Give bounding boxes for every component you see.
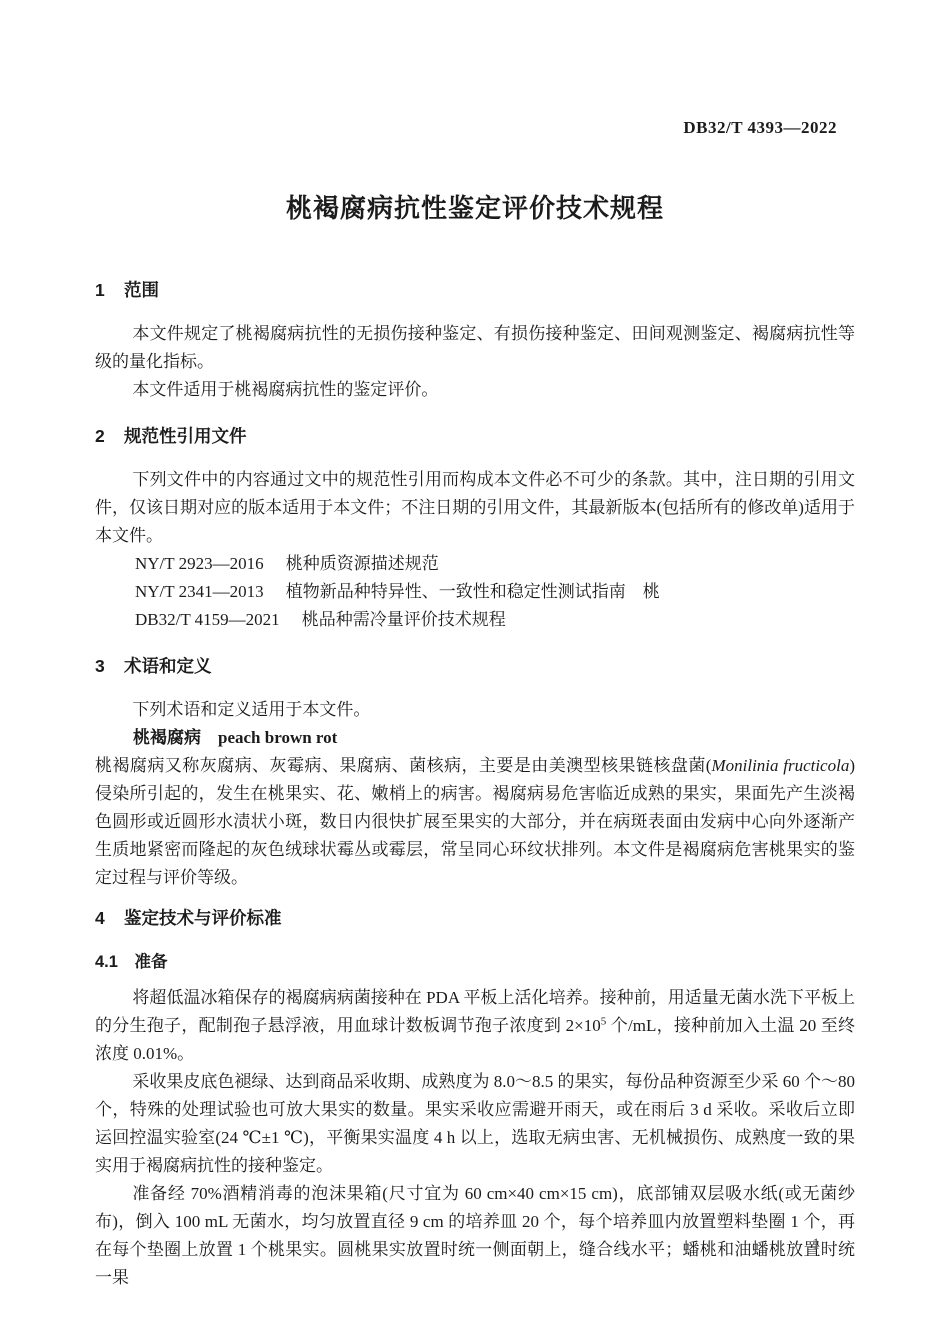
standard-code: DB32/T 4393—2022 [95,118,855,138]
document-title: 桃褐腐病抗性鉴定评价技术规程 [95,192,855,224]
definition-text: 桃褐腐病又称灰腐病、灰霉病、果腐病、菌核病，主要是由美澳型核果链核盘菌( [95,756,711,775]
subsection-heading-text: 准备 [134,953,167,971]
section-4-heading: 4鉴定技术与评价标准 [95,908,855,928]
reference-title: 桃种质资源描述规范 [286,554,439,573]
reference-code: NY/T 2341—2013 [135,578,264,606]
page-number: 1 [812,1236,820,1254]
section-heading-text: 规范性引用文件 [124,426,247,446]
section-3-heading: 3术语和定义 [95,656,855,676]
preparation-paragraph-3: 准备经 70%酒精消毒的泡沫果箱(尺寸宜为 60 cm×40 cm×15 cm)… [95,1180,855,1292]
term-chinese: 桃褐腐病 [133,728,201,747]
preparation-paragraph-2: 采收果皮底色褪绿、达到商品采收期、成熟度为 8.0～8.5 的果实，每份品种资源… [95,1068,855,1180]
preparation-paragraph-1: 将超低温冰箱保存的褐腐病病菌接种在 PDA 平板上活化培养。接种前，用适量无菌水… [95,984,855,1068]
section-1-heading: 1范围 [95,280,855,300]
reference-item: NY/T 2341—2013植物新品种特异性、一致性和稳定性测试指南 桃 [95,578,855,606]
reference-code: NY/T 2923—2016 [135,550,264,578]
species-latin-name: Monilinia fructicola [711,756,849,775]
definition-text: )侵染所引起的，发生在桃果实、花、嫩梢上的病害。褐腐病易危害临近成熟的果实，果面… [95,756,855,887]
section-number: 3 [95,656,105,676]
section-heading-text: 范围 [124,280,159,300]
section-number: 1 [95,280,105,300]
subsection-number: 4.1 [95,952,118,972]
section-4-1-heading: 4.1准备 [95,952,855,972]
section-2-heading: 2规范性引用文件 [95,426,855,446]
scope-paragraph-1: 本文件规定了桃褐腐病抗性的无损伤接种鉴定、有损伤接种鉴定、田间观测鉴定、褐腐病抗… [95,320,855,376]
reference-code: DB32/T 4159—2021 [135,606,280,634]
term-entry: 桃褐腐病peach brown rot [95,724,855,752]
section-number: 2 [95,426,105,446]
document-page: DB32/T 4393—2022 桃褐腐病抗性鉴定评价技术规程 1范围 本文件规… [0,0,950,1344]
normative-references-paragraph: 下列文件中的内容通过文中的规范性引用而构成本文件必不可少的条款。其中，注日期的引… [95,466,855,550]
document-content: DB32/T 4393—2022 桃褐腐病抗性鉴定评价技术规程 1范围 本文件规… [0,0,950,1292]
section-number: 4 [95,908,105,928]
reference-item: DB32/T 4159—2021桃品种需冷量评价技术规程 [95,606,855,634]
scope-paragraph-2: 本文件适用于桃褐腐病抗性的鉴定评价。 [95,376,855,404]
section-heading-text: 鉴定技术与评价标准 [124,908,282,928]
section-heading-text: 术语和定义 [124,656,212,676]
reference-title: 桃品种需冷量评价技术规程 [302,610,506,629]
term-english: peach brown rot [218,728,337,747]
term-definition-paragraph: 桃褐腐病又称灰腐病、灰霉病、果腐病、菌核病，主要是由美澳型核果链核盘菌(Moni… [95,752,855,892]
reference-title: 植物新品种特异性、一致性和稳定性测试指南 桃 [286,582,660,601]
terms-intro-paragraph: 下列术语和定义适用于本文件。 [95,696,855,724]
reference-item: NY/T 2923—2016桃种质资源描述规范 [95,550,855,578]
